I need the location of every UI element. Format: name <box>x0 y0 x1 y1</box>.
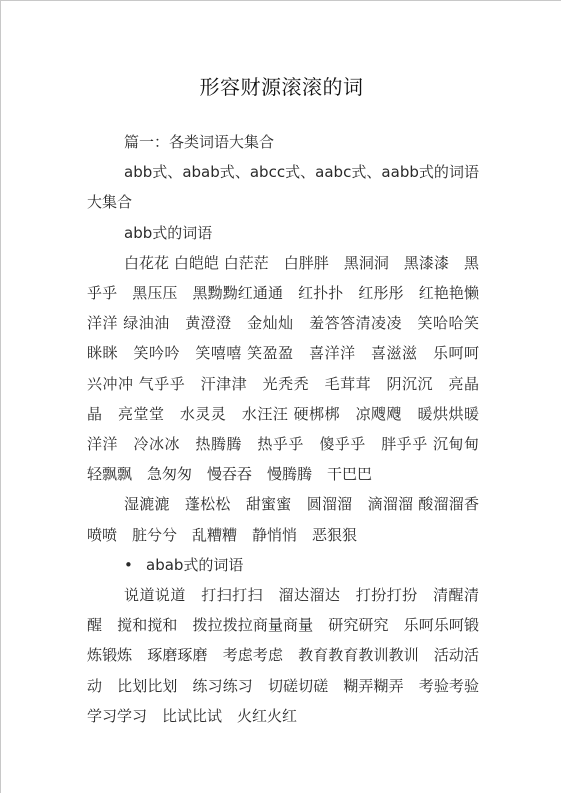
bullet-icon: • <box>124 550 146 580</box>
abb-heading: abb式的词语 <box>87 218 479 248</box>
section-heading: 篇一：各类词语大集合 <box>87 127 479 157</box>
intro-paragraph: abb式、abab式、abcc式、aabc式、aabb式的词语大集合 <box>87 157 479 217</box>
abab-words-paragraph: 说道说道 打扫打扫 溜达溜达 打扮打扮 清醒清醒 搅和搅和 拨拉拨拉商量商量 研… <box>87 580 479 731</box>
document-body: 篇一：各类词语大集合 abb式、abab式、abcc式、aabc式、aabb式的… <box>87 127 479 731</box>
abb-words-paragraph-1: 白花花 白皑皑 白茫茫 白胖胖 黑洞洞 黑漆漆 黑乎乎 黑压压 黑黝黝红通通 红… <box>87 248 479 490</box>
document-title: 形容财源滚滚的词 <box>1 71 561 100</box>
abab-heading: abab式的词语 <box>146 556 243 574</box>
document-page: 形容财源滚滚的词 篇一：各类词语大集合 abb式、abab式、abcc式、aab… <box>0 0 561 793</box>
abb-words-paragraph-2: 湿漉漉 蓬松松 甜蜜蜜 圆溜溜 滴溜溜 酸溜溜香喷喷 脏兮兮 乱糟糟 静悄悄 恶… <box>87 489 479 549</box>
abab-heading-line: •abab式的词语 <box>87 550 479 580</box>
